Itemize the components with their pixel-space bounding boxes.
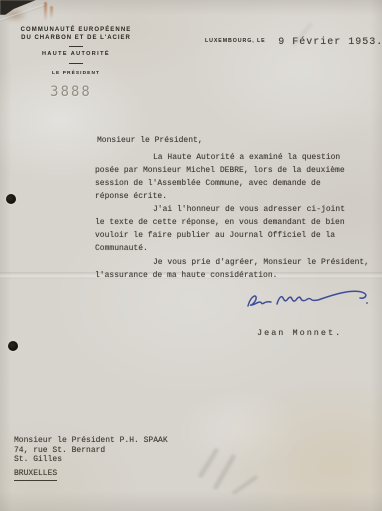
letterhead: COMMUNAUTÉ EUROPÉENNE DU CHARBON ET DE L… (16, 0, 136, 110)
body-line: session de l'Assemblée Commune, avec dem… (95, 179, 321, 189)
signer-typed-name: Jean Monnet. (257, 328, 342, 338)
signature-autograph (243, 283, 375, 317)
ink-bleedthrough (212, 453, 236, 490)
body-line: La Haute Autorité a examiné la question (153, 153, 340, 163)
letter-page: COMMUNAUTÉ EUROPÉENNE DU CHARBON ET DE L… (0, 0, 382, 511)
dateline-place-label: LUXEMBOURG, LE (205, 38, 266, 44)
dateline: LUXEMBOURG, LE 9 Février 1953. (205, 31, 382, 49)
recipient-city: BRUXELLES (14, 469, 57, 481)
body-line: le texte de cette réponse, en vous deman… (95, 218, 345, 228)
body-line: réponse écrite. (95, 192, 167, 202)
body-line: vouloir le faire publier au Journal Offi… (95, 231, 335, 241)
letterhead-title: LE PRÉSIDENT (16, 71, 136, 76)
letterhead-org-line2: DU CHARBON ET DE L'ACIER (16, 35, 136, 41)
body-line: Je vous prie d'agréer, Monsieur le Prési… (153, 258, 369, 268)
punch-hole (6, 194, 16, 204)
recipient-line: St. Gilles (14, 455, 62, 465)
ink-bleedthrough (197, 447, 219, 478)
ink-bleedthrough (232, 475, 259, 495)
body-line: J'ai l'honneur de vous adresser ci-joint (153, 205, 345, 215)
letterhead-org-line1: COMMUNAUTÉ EUROPÉENNE (16, 27, 136, 33)
dateline-date: 9 Février 1953. (278, 37, 382, 48)
recipient-line: Monsieur le Président P.H. SPAAK (14, 436, 168, 446)
letterhead-division: HAUTE AUTORITÉ (16, 51, 136, 57)
salutation: Monsieur le Président, (97, 136, 203, 146)
body-line: Communauté. (95, 244, 148, 254)
registry-stamp-number: 3888 (11, 85, 131, 99)
body-line: posée par Monsieur Michel DEBRE, lors de… (95, 166, 345, 176)
body-line: l'assurance de ma haute considération. (95, 271, 277, 281)
punch-hole (8, 341, 18, 351)
